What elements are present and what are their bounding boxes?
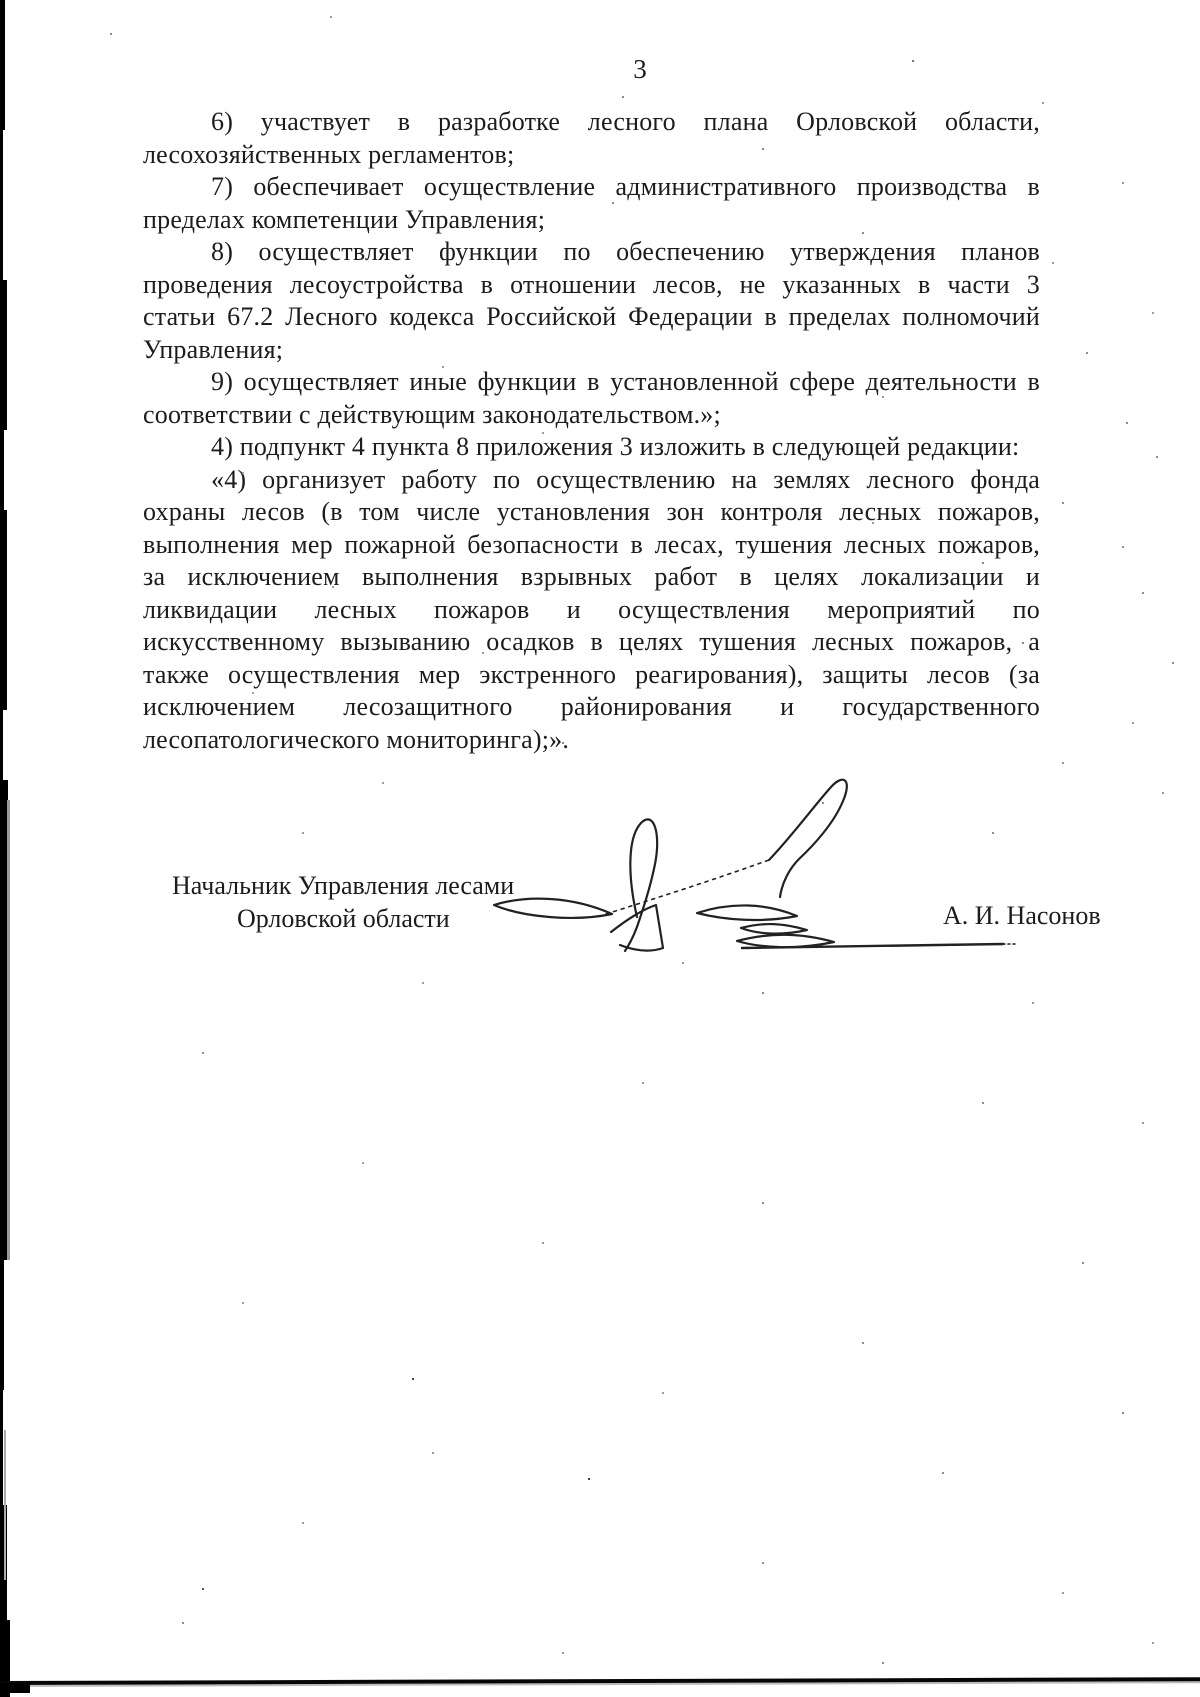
text-line: 4) подпункт 4 пункта 8 приложения 3 изло… xyxy=(143,431,1040,464)
text-line: Управления; xyxy=(143,334,1040,367)
text-line: также осуществления мер экстренного реаг… xyxy=(143,659,1040,692)
page-number: 3 xyxy=(620,54,660,85)
text-line: «4) организует работу по осуществлению н… xyxy=(143,464,1040,497)
text-line: охраны лесов (в том числе установления з… xyxy=(143,496,1040,529)
text-line: статьи 67.2 Лесного кодекса Российской Ф… xyxy=(143,301,1040,334)
text-line: проведения лесоустройства в отношении ле… xyxy=(143,269,1040,302)
handwritten-signature-ink xyxy=(440,690,1130,980)
text-line: пределах компетенции Управления; xyxy=(143,204,1040,237)
text-line: ликвидации лесных пожаров и осуществлени… xyxy=(143,594,1040,627)
scan-noise-speckles xyxy=(0,0,2,2)
text-line: 9) осуществляет иные функции в установле… xyxy=(143,366,1040,399)
signature-title-line-2: Орловской области xyxy=(237,904,450,934)
scanned-document-page: 3 6) участвует в разработке лесного план… xyxy=(0,0,1200,1697)
text-line: выполнения мер пожарной безопасности в л… xyxy=(143,529,1040,562)
text-line: лесохозяйственных регламентов; xyxy=(143,139,1040,172)
text-line: соответствии с действующим законодательс… xyxy=(143,399,1040,432)
text-line: 8) осуществляет функции по обеспечению у… xyxy=(143,236,1040,269)
document-body: 6) участвует в разработке лесного плана … xyxy=(143,106,1040,756)
text-line: 6) участвует в разработке лесного плана … xyxy=(143,106,1040,139)
text-line: за исключением выполнения взрывных работ… xyxy=(143,561,1040,594)
text-line: искусственному вызыванию осадков в целях… xyxy=(143,626,1040,659)
text-line: 7) обеспечивает осуществление администра… xyxy=(143,171,1040,204)
